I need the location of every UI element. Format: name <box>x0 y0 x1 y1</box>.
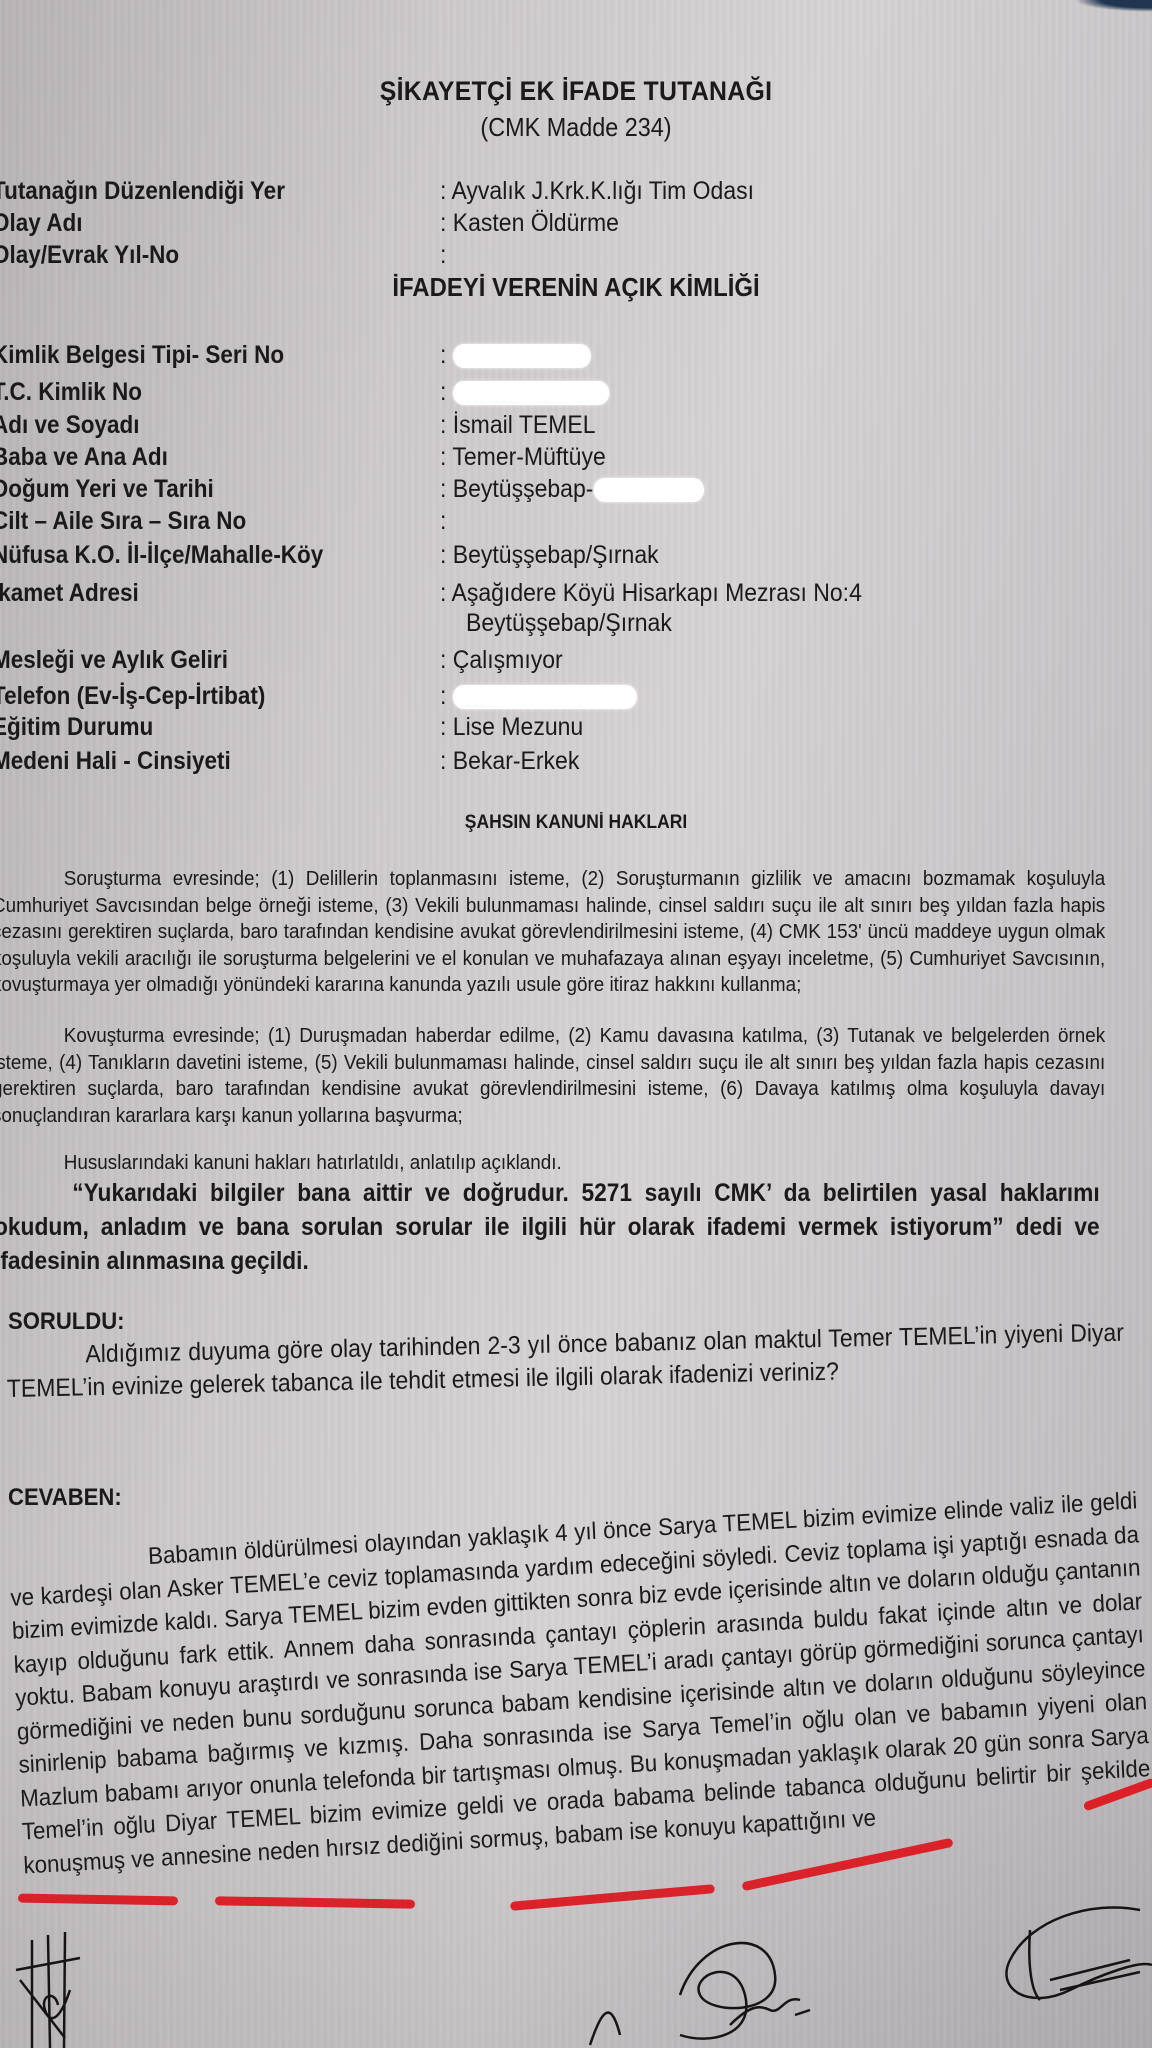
question-paragraph: Aldığımız duyuma göre olay tarihinden 2-… <box>6 1317 1125 1406</box>
rights-heading: ŞAHSIN KANUNİ HAKLARI <box>46 812 1106 834</box>
field-label: Doğum Yeri ve Tarihi <box>0 474 214 504</box>
highlight-underline <box>510 1884 715 1911</box>
field-value: : İsmail TEMEL <box>440 410 596 440</box>
field-label: Nüfusa K.O. İl-İlçe/Mahalle-Köy <box>0 540 323 570</box>
field-value: : Lise Mezunu <box>440 712 583 742</box>
signature-right-icon <box>990 1880 1152 2020</box>
field-label: T.C. Kimlik No <box>0 377 142 407</box>
document-title: ŞİKAYETÇİ EK İFADE TUTANAĞI <box>46 76 1106 107</box>
signature-left-icon <box>10 1930 100 2048</box>
highlight-underline <box>18 1894 178 1906</box>
field-label: Eğitim Durumu <box>0 712 153 742</box>
signature-center-icon <box>560 1935 820 2048</box>
field-value: : Temer-Müftüye <box>440 442 606 472</box>
field-value: : <box>440 377 609 407</box>
field-value: : <box>440 506 446 536</box>
field-label: Medeni Hali - Cinsiyeti <box>0 746 231 776</box>
field-value: : Beytüşşebap/Şırnak <box>440 540 659 570</box>
field-value: : <box>440 681 637 711</box>
field-label: Telefon (Ev-İş-Cep-İrtibat) <box>0 681 265 711</box>
highlight-underline <box>741 1838 953 1892</box>
field-label: Adı ve Soyadı <box>0 410 140 440</box>
field-label: Cilt – Aile Sıra – Sıra No <box>0 506 246 536</box>
question-heading: SORULDU: <box>8 1308 125 1336</box>
redaction-mask <box>593 478 703 502</box>
field-value: : Bekar-Erkek <box>440 746 579 776</box>
highlight-underline <box>215 1896 415 1908</box>
rights-investigation-paragraph: Soruşturma evresinde; (1) Delillerin top… <box>0 866 1105 999</box>
field-value: Beytüşşebap/Şırnak <box>466 608 672 638</box>
identity-heading: İFADEYİ VERENİN AÇIK KİMLİĞİ <box>46 272 1106 303</box>
field-label: Tutanağın Düzenlendiği Yer <box>0 176 285 206</box>
field-value: : Beytüşşebap- <box>440 474 704 504</box>
field-label: Olay/Evrak Yıl-No <box>0 240 179 270</box>
answer-paragraph: Babamın öldürülmesi olayından yaklaşık 4… <box>8 1484 1152 1882</box>
field-label: Olay Adı <box>0 208 82 238</box>
field-value: : <box>440 240 446 270</box>
field-label: İkamet Adresi <box>0 578 139 608</box>
redaction-mask <box>453 381 609 405</box>
document-subtitle: (CMK Madde 234) <box>58 112 1095 143</box>
redaction-mask <box>453 344 591 368</box>
redaction-mask <box>453 685 637 709</box>
field-value: : Ayvalık J.Krk.K.lığı Tim Odası <box>440 176 754 206</box>
field-label: Kimlik Belgesi Tipi- Seri No <box>0 340 284 370</box>
declaration-paragraph: “Yukarıdaki bilgiler bana aittir ve doğr… <box>0 1176 1100 1278</box>
field-value: : Aşağıdere Köyü Hisarkapı Mezrası No:4 <box>440 578 862 608</box>
background-object-corner <box>1062 0 1152 14</box>
field-value: : Kasten Öldürme <box>440 208 619 238</box>
rights-reminded-line: Hususlarındaki kanuni hakları hatırlatıl… <box>0 1150 1105 1177</box>
rights-prosecution-paragraph: Kovuşturma evresinde; (1) Duruşmadan hab… <box>0 1023 1105 1129</box>
field-value: : Çalışmıyor <box>440 645 563 675</box>
answer-heading: CEVABEN: <box>8 1484 122 1512</box>
field-label: Mesleği ve Aylık Geliri <box>0 645 228 675</box>
field-value: : <box>440 340 591 370</box>
field-label: Baba ve Ana Adı <box>0 442 168 472</box>
